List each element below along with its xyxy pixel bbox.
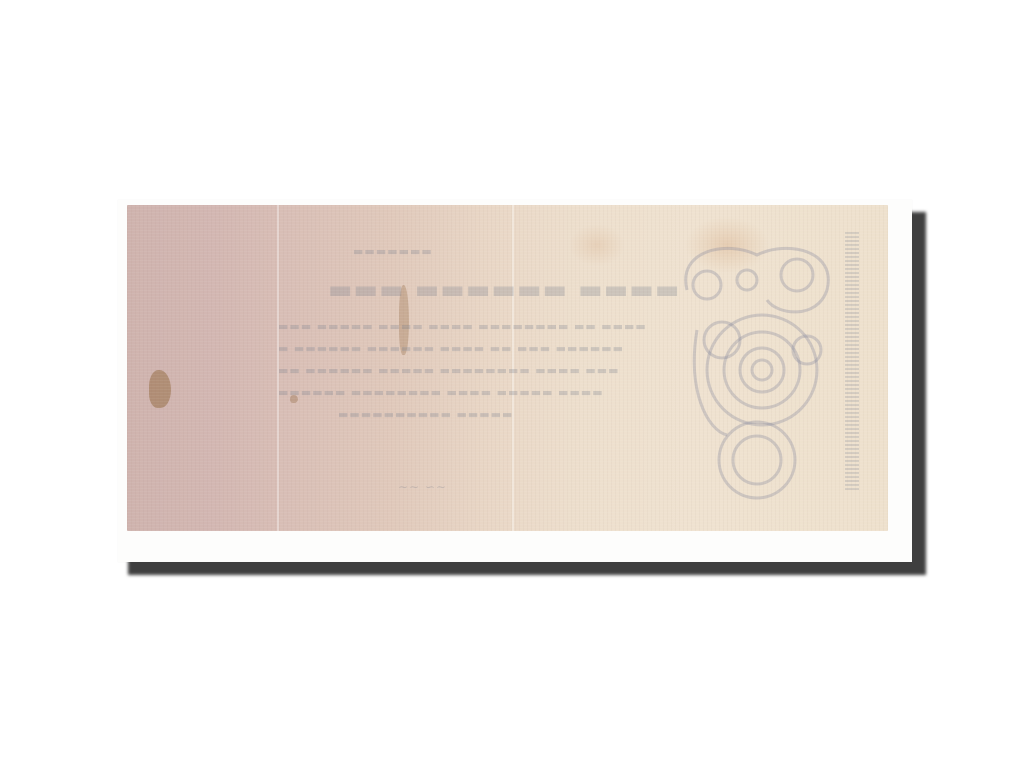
stain [149, 370, 171, 408]
show-through-heading: ▬▬▬▬ ▬▬▬▬▬▬ ▬▬▬ [327, 275, 679, 305]
vertical-small-print [845, 230, 859, 490]
show-through-line: ▬▬▬▬▬ ▬▬▬▬▬▬▬▬▬▬ [337, 408, 512, 421]
show-through-line: ▬▬▬ ▬▬▬▬ ▬▬▬▬▬▬▬▬ ▬▬▬▬▬ ▬▬▬▬▬▬ ▬▬ [277, 364, 619, 377]
banknote: ▬▬▬▬ ▬▬▬▬▬▬ ▬▬▬ ▬▬▬▬▬▬▬ ▬▬▬▬ ▬▬ ▬▬▬▬▬▬▬▬… [127, 205, 888, 531]
photo-stage: ▬▬▬▬ ▬▬▬▬▬▬ ▬▬▬ ▬▬▬▬▬▬▬ ▬▬▬▬ ▬▬ ▬▬▬▬▬▬▬▬… [0, 0, 1024, 768]
ornament-numeral-icon [667, 230, 847, 500]
show-through-line: ▬▬▬▬ ▬▬ ▬▬▬▬▬▬▬▬ ▬▬▬▬ ▬▬▬▬ ▬▬▬▬▬ ▬▬▬ [277, 320, 646, 333]
show-through-line: ▬▬▬▬ ▬▬▬▬▬ ▬▬▬▬ ▬▬▬▬▬▬▬▬ ▬▬▬▬▬▬ [277, 386, 603, 399]
show-through-line: ▬▬▬▬▬▬▬ [352, 245, 432, 258]
show-through-signature: ∽∼ ∽∽ [397, 480, 446, 494]
show-through-line: ▬▬▬▬▬▬ ▬▬▬ ▬▬ ▬▬▬▬ ▬▬▬▬▬▬ ▬▬▬▬▬▬ ▬ [277, 342, 623, 355]
